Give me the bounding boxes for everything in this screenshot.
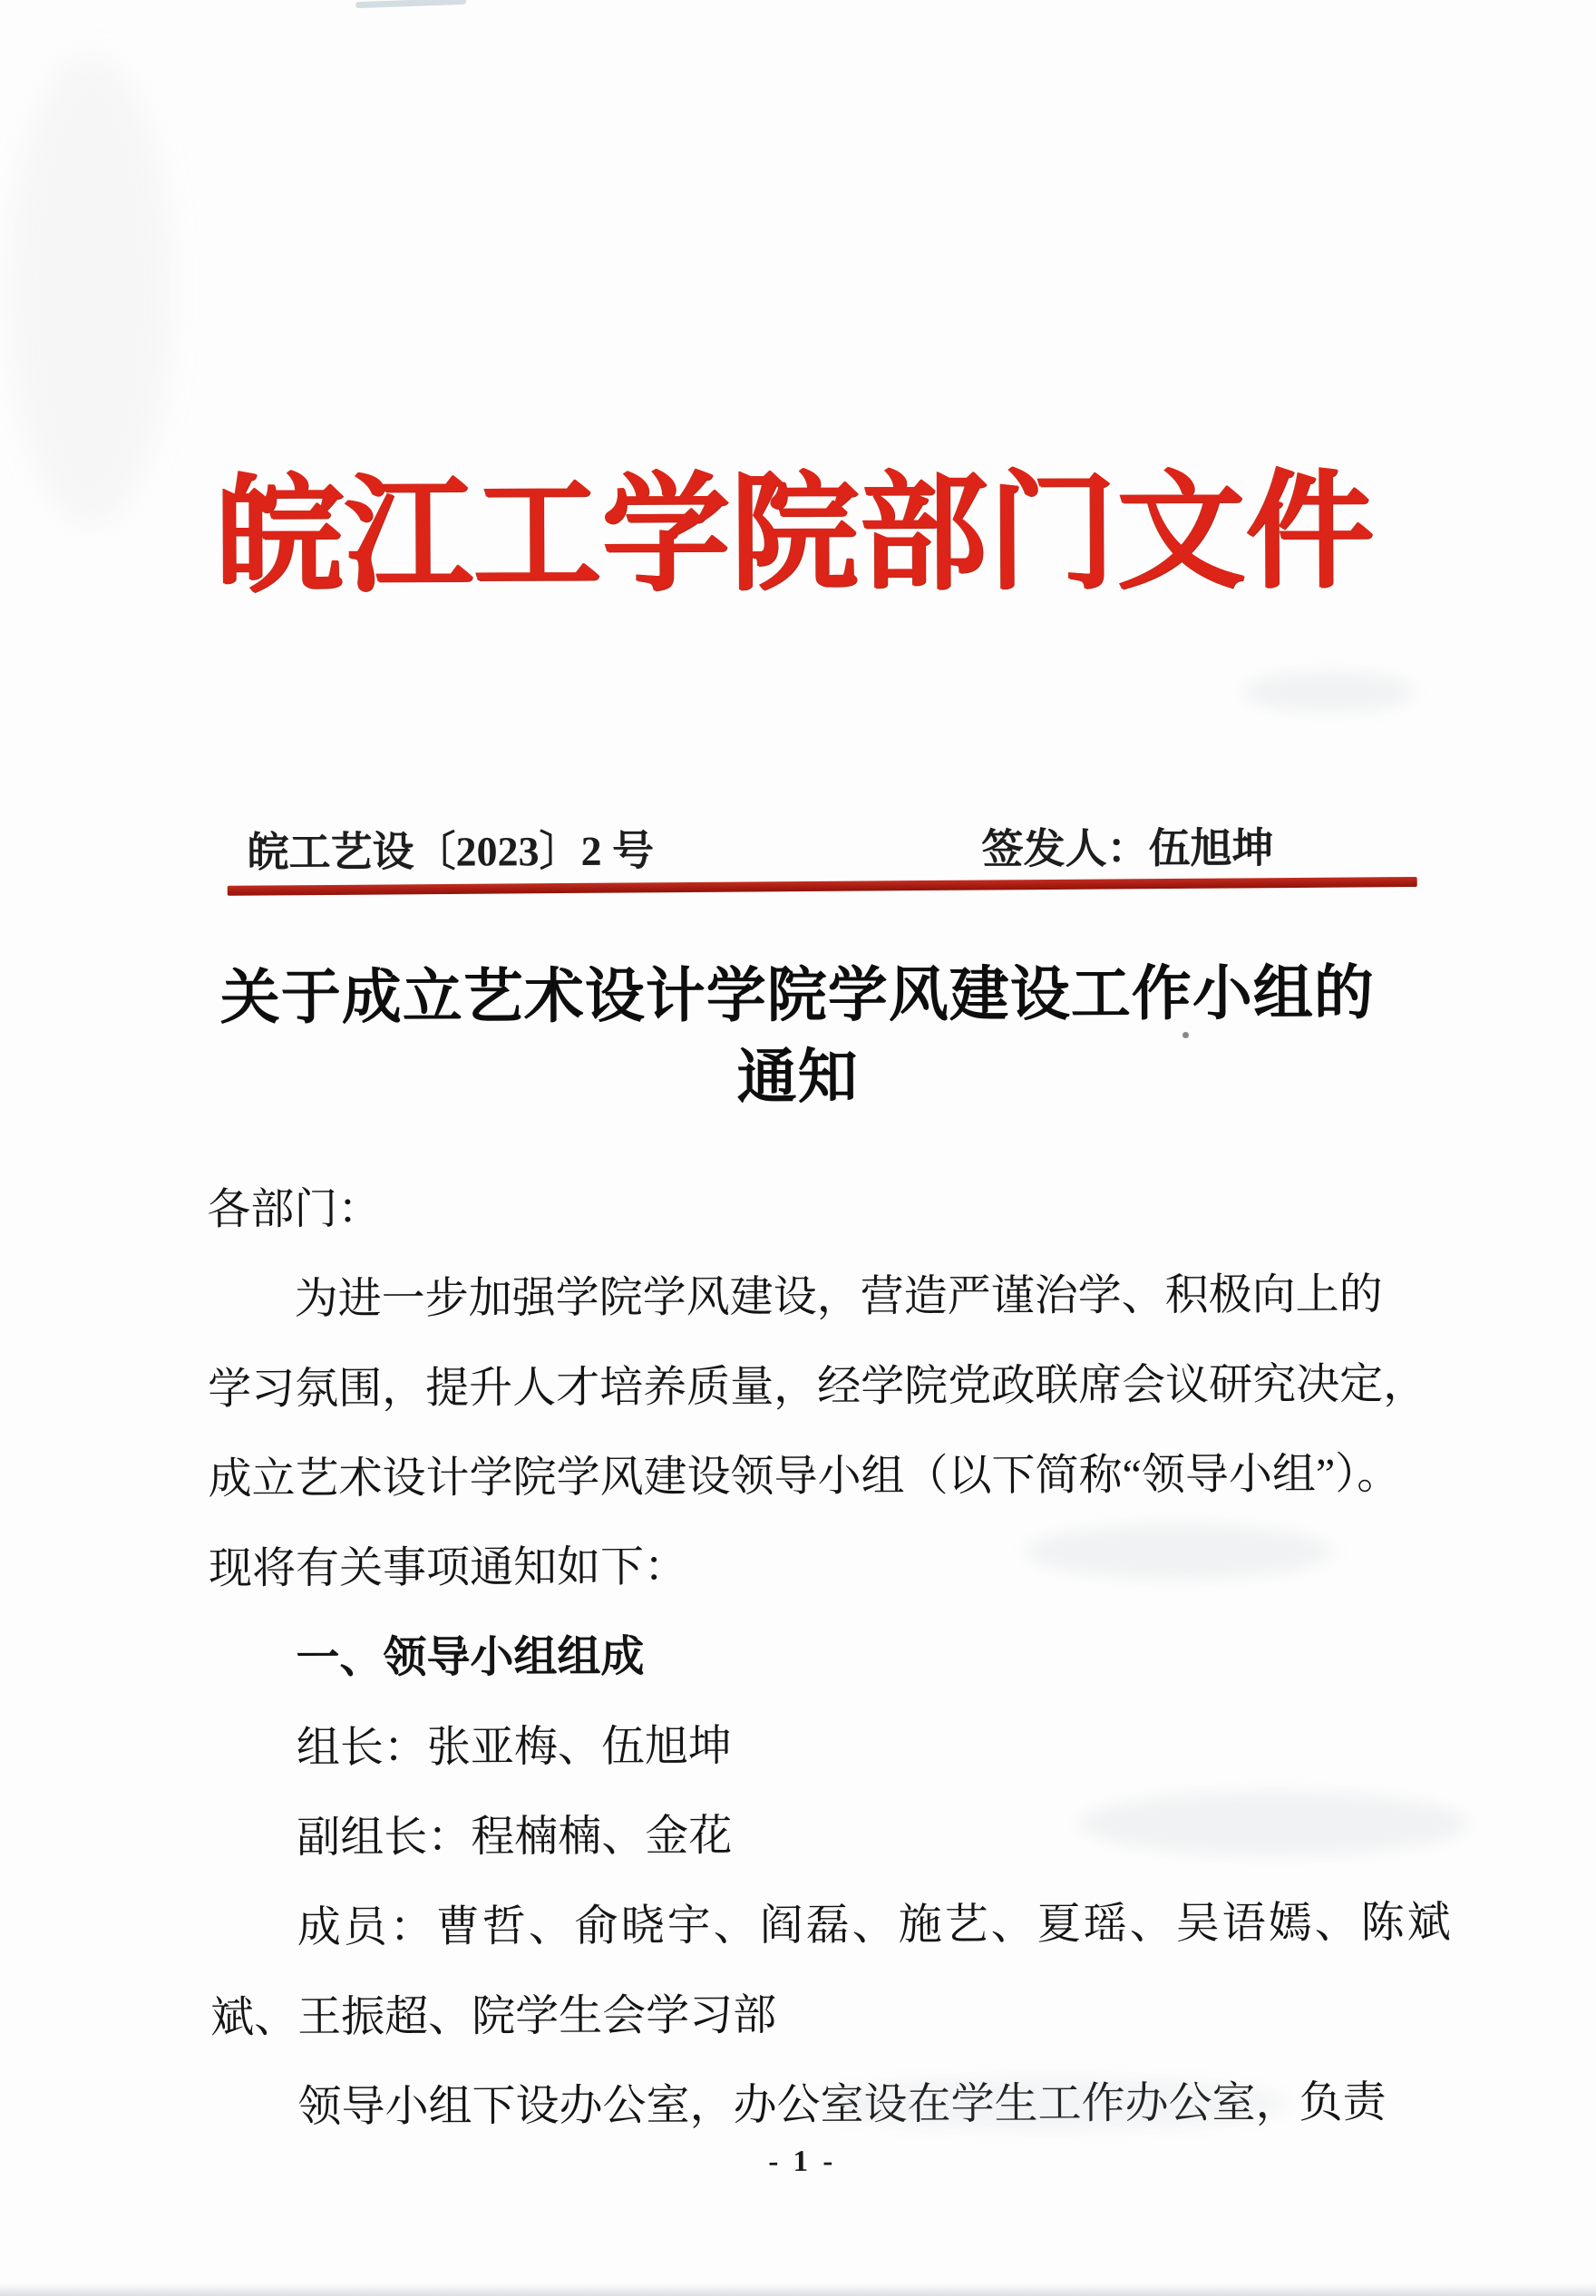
body-line-leader: 组长：张亚梅、伍旭坤 bbox=[209, 1698, 1403, 1794]
body-line-office: 领导小组下设办公室，办公室设在学生工作办公室，负责 bbox=[210, 2058, 1404, 2153]
page-number: - 1 - bbox=[5, 2142, 1596, 2183]
letterhead-title: 皖江工学院部门文件 bbox=[0, 461, 1593, 611]
body-line: 学习氛围，提升人才培养质量，经学院党政联席会议研究决定， bbox=[208, 1339, 1401, 1435]
body-line-members: 成员：曹哲、俞晓宇、阎磊、施艺、夏瑶、吴语嫣、陈斌 bbox=[210, 1878, 1404, 1973]
body-line-salutation: 各部门： bbox=[207, 1160, 1400, 1255]
body-line: 为进一步加强学院学风建设，营造严谨治学、积极向上的 bbox=[208, 1250, 1401, 1345]
body-line: 现将有关事项通知如下： bbox=[209, 1519, 1402, 1614]
document-content: 皖江工学院部门文件 皖工艺设〔2023〕2 号 签发人：伍旭坤 关于成立艺术设计… bbox=[0, 0, 1596, 2296]
document-number-row: 皖工艺设〔2023〕2 号 签发人：伍旭坤 bbox=[247, 815, 1273, 880]
document-title: 关于成立艺术设计学院学风建设工作小组的 通知 bbox=[0, 950, 1596, 1121]
document-number: 皖工艺设〔2023〕2 号 bbox=[247, 818, 654, 880]
document-body: 各部门： 为进一步加强学院学风建设，营造严谨治学、积极向上的 学习氛围，提升人才… bbox=[207, 1160, 1405, 2153]
scanned-document-page: 皖江工学院部门文件 皖工艺设〔2023〕2 号 签发人：伍旭坤 关于成立艺术设计… bbox=[0, 0, 1596, 2296]
body-line-deputy: 副组长：程楠楠、金花 bbox=[209, 1788, 1403, 1883]
red-divider-rule bbox=[228, 877, 1417, 896]
issuer-name: 签发人：伍旭坤 bbox=[981, 815, 1273, 876]
document-title-line2: 通知 bbox=[0, 1032, 1596, 1121]
body-line-members-cont: 斌、王振超、院学生会学习部 bbox=[210, 1968, 1404, 2063]
document-title-line1: 关于成立艺术设计学院学风建设工作小组的 bbox=[0, 950, 1595, 1039]
body-line: 成立艺术设计学院学风建设领导小组（以下简称“领导小组”）。 bbox=[208, 1429, 1401, 1524]
body-line-section-heading: 一、领导小组组成 bbox=[209, 1609, 1402, 1704]
